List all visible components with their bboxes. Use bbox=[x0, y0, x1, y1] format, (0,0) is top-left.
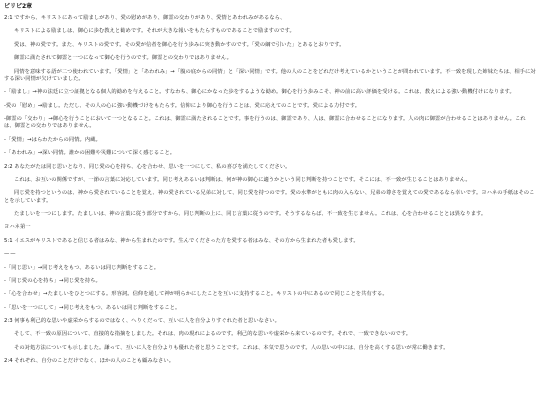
commentary-paragraph: これは、お互いの関係ですが、一節の言葉に対応しています。同じ考えあるいは判断は、… bbox=[4, 177, 536, 184]
commentary-paragraph: 同じ愛を持つというのは、神から愛されていることを覚え、神の愛されている兄弟に対し… bbox=[4, 190, 536, 205]
document-title: ピリピ2章 bbox=[4, 3, 536, 11]
definition-item: -「励まし」→神の法廷に立つ証拠となる個人的勧めを与えること。すなわち、御心にか… bbox=[4, 89, 536, 96]
verse-2-3: 2:3 何事も利己的な思いや虚栄からするのではなく、へりくだって、互いに人を自分… bbox=[4, 318, 536, 325]
definition-item: -「思いを一つにして」→同じ考えをもつ、あるいは同じ判断をすること。 bbox=[4, 305, 536, 312]
definition-item: -愛の「慰め」→励まし。ただし、その人の心に強い動機づけをもたらす。信仰により御… bbox=[4, 103, 536, 110]
verse-2-4: 2:4 それぞれ、自分のことだけでなく、ほかの人のことも顧みなさい。 bbox=[4, 358, 536, 365]
definition-item: -「愛情」→はらわたからの同情。内蔵。 bbox=[4, 137, 536, 144]
verse-2-1: 2:1 ですから、キリストにあって励ましがあり、愛の慰めがあり、御霊の交わりがあ… bbox=[4, 15, 536, 22]
verse-2-2: 2:2 あなたがたは同じ思いとなり、同じ愛の心を持ち、心を合わせ、思いを一つにし… bbox=[4, 164, 536, 171]
commentary-paragraph: たましいを一つにします。たましいは、神の言葉に従う部分ですから、同じ判断の上に、… bbox=[4, 211, 536, 218]
commentary-paragraph: 愛は、神の愛です。また、キリストの愛です。その愛が信者を御心を行う歩みに突き動か… bbox=[4, 42, 536, 49]
section-heading: ヨハネ第一 bbox=[4, 224, 536, 231]
definition-item: -「心を合わせ」→たましいをひとつにする。形容詞。信仰を通して神が明らかにしたこ… bbox=[4, 291, 536, 298]
definition-item: -御霊の「交わり」→御心を行うことにおいて一つとなること。これは、御霊に満たされ… bbox=[4, 116, 536, 131]
document: ピリピ2章 2:1 ですから、キリストにあって励ましがあり、愛の慰めがあり、御霊… bbox=[0, 0, 540, 366]
commentary-paragraph: 御霊に満たされて御霊と一つになって御心を行うのです。御霊との交わりではありません… bbox=[4, 55, 536, 62]
definition-item: -「同じ思い」→同じ考えをもつ、あるいは同じ判断をすること。 bbox=[4, 265, 536, 272]
definition-item: -「あわれみ」→深い同情。誰かの困難や災難について深く感じること。 bbox=[4, 150, 536, 157]
verse-5-1: 5:1 イエスがキリストであると信じる者はみな、神から生まれたのです。生んでくだ… bbox=[4, 238, 536, 245]
separator: —— bbox=[4, 251, 536, 258]
commentary-paragraph: その対処方法についても示しました。謙って、互いに人を自分よりも優れた者と思うこと… bbox=[4, 345, 536, 352]
commentary-paragraph: 同情を意味する語が二つ使われています。「愛情」と「あわれみ」→「腹の底からの同情… bbox=[4, 69, 536, 84]
definition-item: -「同じ愛の心を持ち」→同じ愛を持ち。 bbox=[4, 278, 536, 285]
commentary-paragraph: そして、不一致の原因について、直接的な指摘をしました。それは、肉の現れによるので… bbox=[4, 331, 536, 338]
commentary-paragraph: キリストによる励ましは、御心に歩む教えと勧めです。それが大きな報いをもたらすもの… bbox=[4, 28, 536, 35]
